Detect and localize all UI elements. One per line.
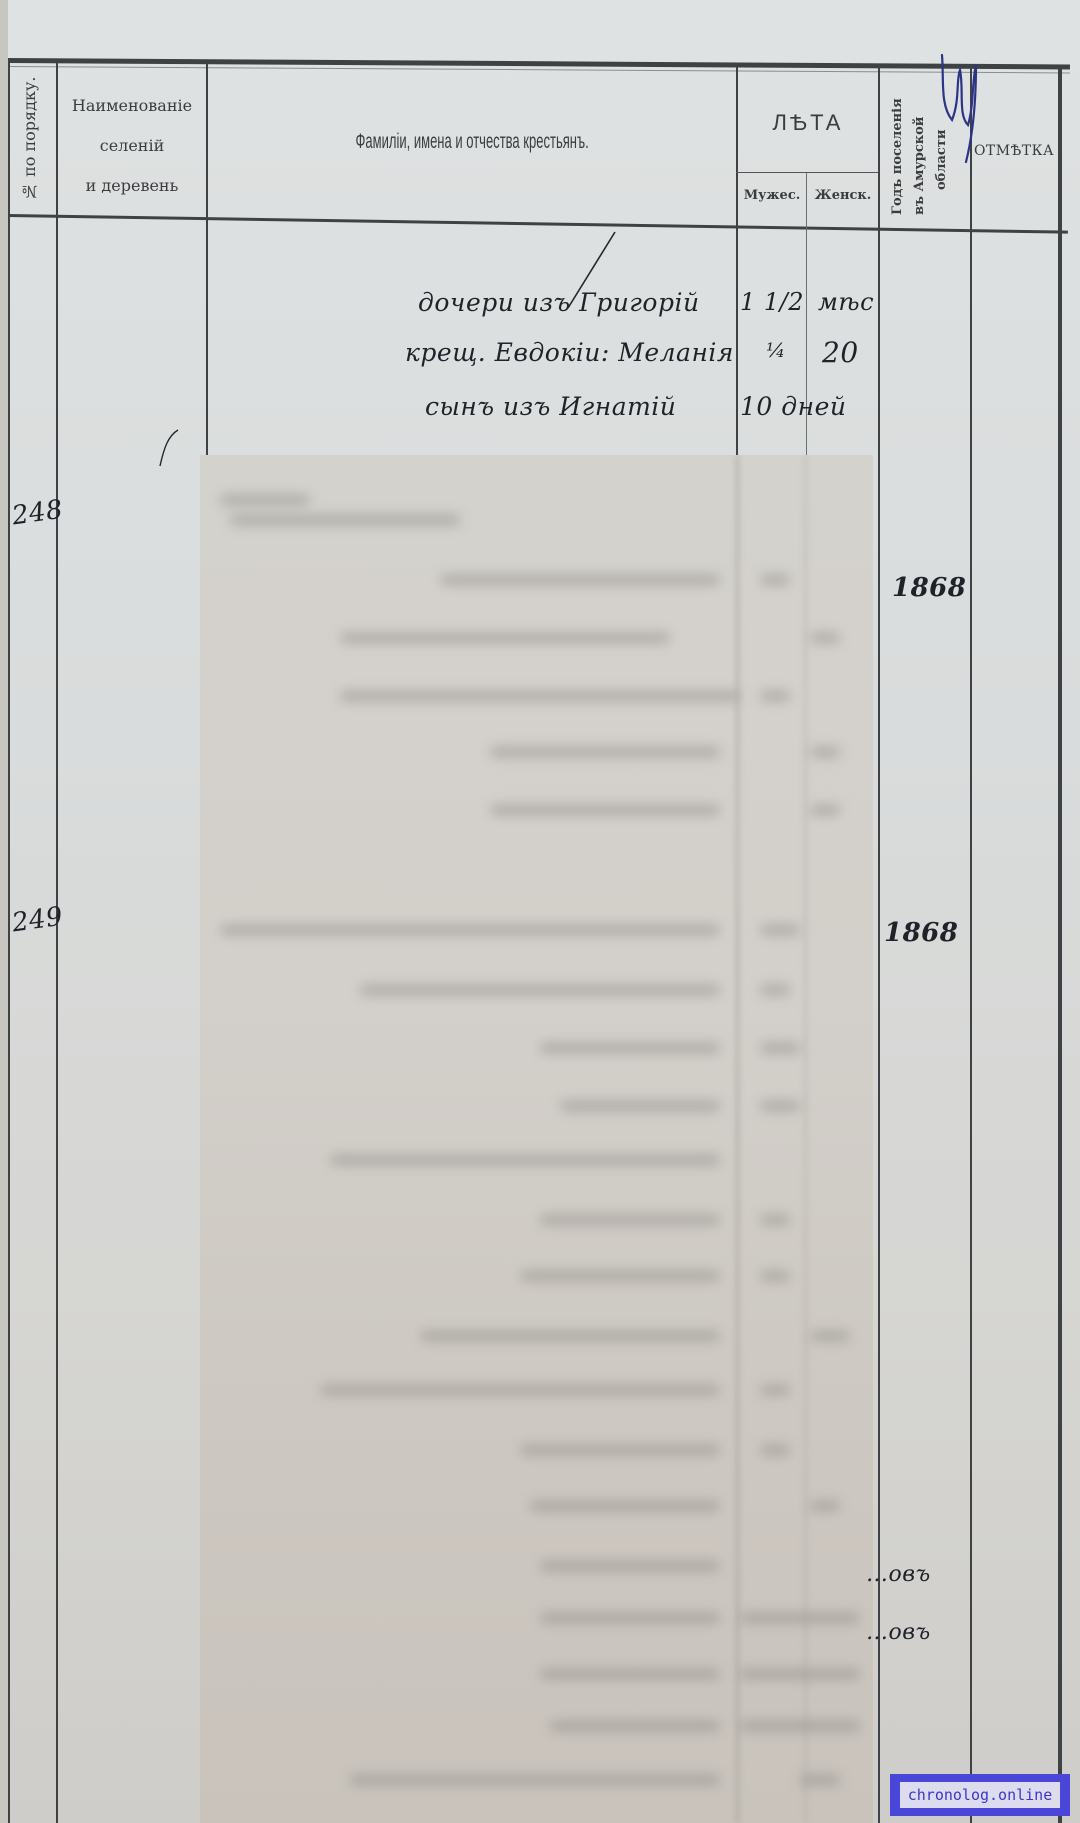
redacted-content-area — [200, 455, 873, 1823]
blue-ink-mark-icon — [930, 50, 990, 170]
entry-249-year-settled: 1868 — [884, 918, 958, 948]
row-top-2-male: ¼ — [766, 338, 786, 362]
header-settlement-line3: и деревень — [58, 166, 206, 206]
col-rule-number — [56, 62, 58, 1823]
row-top-3-male: 10 дней — [740, 392, 846, 421]
col-rule-right-border — [1058, 68, 1062, 1823]
row-top-2-names: крещ. Евдокіи: Меланія — [405, 338, 734, 367]
row-top-1-female: мѣс — [818, 288, 874, 316]
row-top-3-names: сынъ изъ Игнатій — [425, 392, 676, 421]
bottom-fragment-2: …овъ — [866, 1620, 931, 1645]
watermark-text: chronolog.online — [900, 1782, 1060, 1808]
bottom-fragment-1: …овъ — [866, 1562, 931, 1587]
header-ages-female: Женск. — [808, 188, 878, 203]
header-settlement: Наименованіе селеній и деревень — [58, 86, 206, 206]
header-number: № по порядку. — [20, 74, 39, 204]
watermark: chronolog.online — [890, 1774, 1070, 1816]
header-ages: ЛѢТА — [738, 110, 878, 136]
row-top-2-female: 20 — [822, 336, 859, 369]
header-settlement-line2: селеній — [58, 126, 206, 166]
row-top-1-male: 1 1/2 — [740, 288, 804, 316]
header-settlement-line1: Наименованіе — [58, 86, 206, 126]
entry-248-year-settled: 1868 — [892, 573, 966, 603]
header-bottom-rule — [8, 214, 1068, 234]
header-year-line2: въ Амурской — [912, 80, 927, 215]
col-rule-year — [970, 68, 972, 1823]
col-rule-left-border — [8, 62, 10, 1823]
header-year-line1: Годъ поселенія — [890, 80, 905, 215]
pen-stroke-icon — [150, 428, 190, 468]
header-names-text: Фамиліи, имена и отчества крестьянъ. — [355, 130, 588, 154]
col-rule-ages — [878, 68, 880, 1823]
page-edge — [0, 0, 8, 1823]
header-names: Фамиліи, имена и отчества крестьянъ. — [208, 130, 736, 154]
ages-subheader-rule — [736, 172, 878, 173]
row-top-1-names: дочери изъ Григорій — [418, 288, 700, 317]
header-ages-male: Мужес. — [738, 188, 806, 203]
